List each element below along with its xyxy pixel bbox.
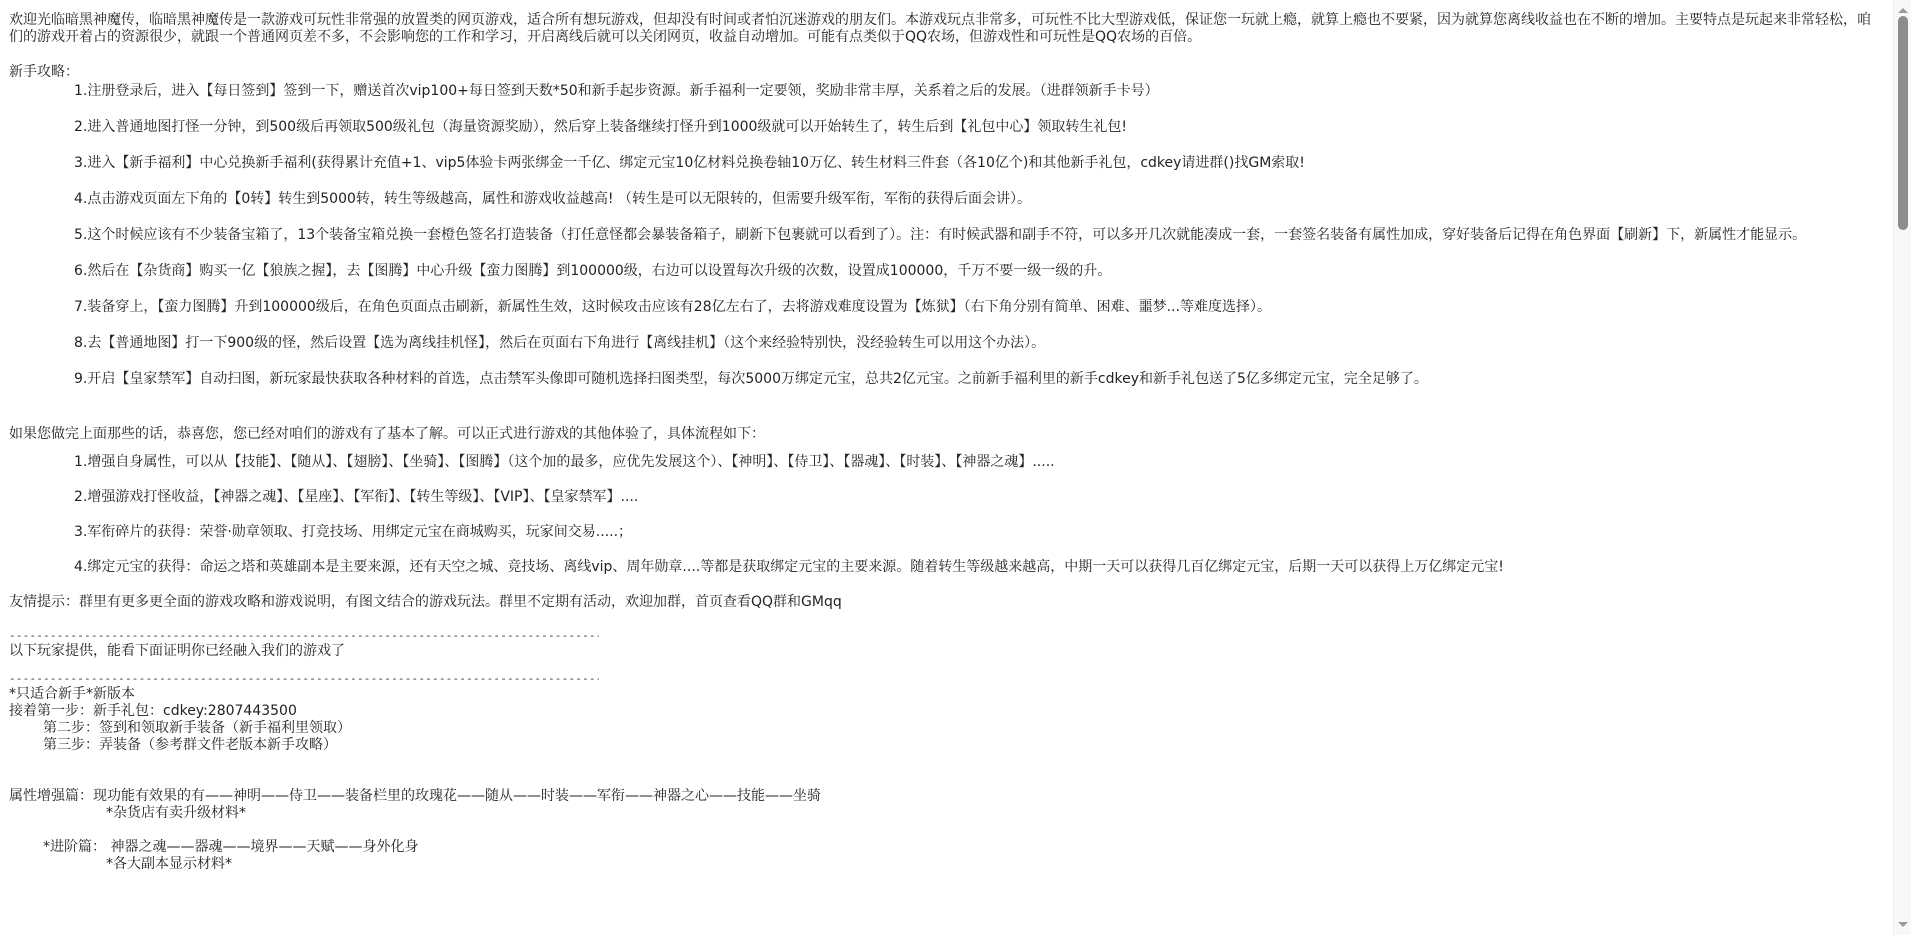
beginner-guide-title: 新手攻略： bbox=[9, 64, 1884, 81]
beginner-step: 3.进入【新手福利】中心兑换新手福利(获得累计充值+1、vip5体验卡两张绑金一… bbox=[9, 155, 1884, 172]
new-version-step1: 接着第一步：新手礼包：cdkey:2807443500 bbox=[9, 703, 1884, 720]
player-section-heading: 以下玩家提供，能看下面证明你已经融入我们的游戏了 bbox=[9, 643, 1884, 660]
new-version-step3: 第三步：弄装备（参考群文件老版本新手攻略） bbox=[9, 737, 1884, 754]
beginner-steps: 1.注册登录后，进入【每日签到】签到一下，赠送首次vip100+每日签到天数*5… bbox=[9, 83, 1884, 388]
scroll-thumb[interactable] bbox=[1898, 16, 1908, 230]
beginner-step: 7.装备穿上，【蛮力图腾】升到100000级后，在角色页面点击刷新，新属性生效，… bbox=[9, 299, 1884, 316]
beginner-step: 1.注册登录后，进入【每日签到】签到一下，赠送首次vip100+每日签到天数*5… bbox=[9, 83, 1884, 100]
scroll-up-arrow-icon[interactable] bbox=[1898, 8, 1908, 13]
new-version-title: *只适合新手*新版本 bbox=[9, 686, 1884, 703]
advanced-step: 2.增强游戏打怪收益，【神器之魂】、【星座】、【军衔】、【转生等级】、【VIP】… bbox=[9, 489, 1884, 506]
advanced-attributes-note: *各大副本显示材料* bbox=[9, 856, 1884, 873]
intro-paragraph: 欢迎光临暗黑神魔传，临暗黑神魔传是一款游戏可玩性非常强的放置类的网页游戏，适合所… bbox=[9, 12, 1884, 46]
scroll-down-arrow-icon[interactable] bbox=[1898, 922, 1908, 927]
advanced-intro: 如果您做完上面那些的话，恭喜您，您已经对咱们的游戏有了基本了解。可以正式进行游戏… bbox=[9, 426, 1884, 443]
advanced-attributes-line: *进阶篇： 神器之魂——器魂——境界——天赋——身外化身 bbox=[9, 839, 1884, 856]
new-version-step2: 第二步：签到和领取新手装备（新手福利里领取） bbox=[9, 720, 1884, 737]
divider-line: ----------------------------------------… bbox=[9, 672, 599, 686]
beginner-step: 8.去【普通地图】打一下900级的怪，然后设置【选为离线挂机怪】，然后在页面右下… bbox=[9, 335, 1884, 352]
beginner-step: 4.点击游戏页面左下角的【0转】转生到5000转，转生等级越高，属性和游戏收益越… bbox=[9, 191, 1884, 208]
spacer bbox=[9, 822, 1884, 839]
advanced-step: 4.绑定元宝的获得：命运之塔和英雄副本是主要来源，还有天空之城、竞技场、离线vi… bbox=[9, 559, 1884, 576]
divider-line: ----------------------------------------… bbox=[9, 629, 599, 643]
beginner-step: 2.进入普通地图打怪一分钟，到500级后再领取500级礼包（海量资源奖励），然后… bbox=[9, 119, 1884, 136]
advanced-step: 1.增强自身属性，可以从【技能】、【随从】、【翅膀】、【坐骑】、【图腾】（这个加… bbox=[9, 454, 1884, 471]
spacer bbox=[9, 754, 1884, 788]
beginner-step: 5.这个时候应该有不少装备宝箱了，13个装备宝箱兑换一套橙色签名打造装备（打任意… bbox=[9, 227, 1884, 244]
attributes-line: 属性增强篇：现功能有效果的有——神明——侍卫——装备栏里的玫瑰花——随从——时装… bbox=[9, 788, 1884, 805]
beginner-step: 9.开启【皇家禁军】自动扫图，新玩家最快获取各种材料的首选，点击禁军头像即可随机… bbox=[9, 371, 1884, 388]
vertical-scrollbar[interactable] bbox=[1893, 0, 1911, 935]
advanced-step: 3.军衔碎片的获得：荣誉·勋章领取、打竞技场、用绑定元宝在商城购买，玩家间交易.… bbox=[9, 524, 1884, 541]
advanced-steps: 1.增强自身属性，可以从【技能】、【随从】、【翅膀】、【坐骑】、【图腾】（这个加… bbox=[9, 454, 1884, 576]
guide-page: 欢迎光临暗黑神魔传，临暗黑神魔传是一款游戏可玩性非常强的放置类的网页游戏，适合所… bbox=[0, 0, 1893, 935]
attributes-note: *杂货店有卖升级材料* bbox=[9, 805, 1884, 822]
beginner-step: 6.然后在【杂货商】购买一亿【狼族之握】，去【图腾】中心升级【蛮力图腾】到100… bbox=[9, 263, 1884, 280]
friendly-tip: 友情提示：群里有更多更全面的游戏攻略和游戏说明，有图文结合的游戏玩法。群里不定期… bbox=[9, 594, 1884, 611]
